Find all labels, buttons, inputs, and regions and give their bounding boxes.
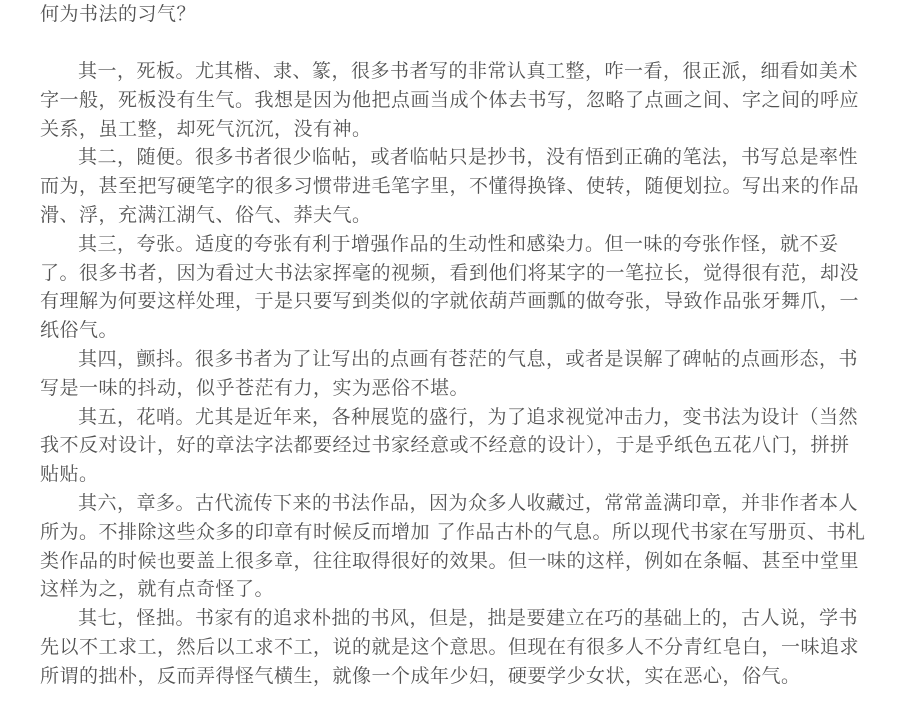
text-line: 了。很多书者，因为看过大书法家挥毫的视频，看到他们将某字的一笔拉长，觉得很有范，… <box>40 259 860 288</box>
paragraph-6: 其六，章多。古代流传下来的书法作品，因为众多人收藏过，常常盖满印章，并非作者本人… <box>40 489 860 604</box>
text-line: 其二，随便。很多书者很少临帖，或者临帖只是抄书，没有悟到正确的笔法，书写总是率性 <box>40 143 860 172</box>
text-line: 先以不工求工，然后以工求不工，说的就是这个意思。但现在有很多人不分青红皂白，一味… <box>40 633 860 662</box>
text-line: 其三，夸张。适度的夸张有利于增强作品的生动性和感染力。但一味的夸张作怪，就不妥 <box>40 230 860 259</box>
text-line: 其五，花哨。尤其是近年来，各种展览的盛行，为了追求视觉冲击力，变书法为设计（当然 <box>40 403 860 432</box>
paragraph-1: 其一，死板。尤其楷、隶、篆，很多书者写的非常认真工整，咋一看，很正派，细看如美术… <box>40 57 860 143</box>
text-line: 有理解为何要这样处理，于是只要写到类似的字就依葫芦画瓢的做夸张，导致作品张牙舞爪… <box>40 287 860 316</box>
text-line: 滑、浮，充满江湖气、俗气、莽夫气。 <box>40 201 860 230</box>
text-line: 其七，怪拙。书家有的追求朴拙的书风，但是，拙是要建立在巧的基础上的，古人说，学书 <box>40 604 860 633</box>
text-line: 字一般，死板没有生气。我想是因为他把点画当成个体去书写，忽略了点画之间、字之间的… <box>40 86 860 115</box>
text-line: 而为，甚至把写硬笔字的很多习惯带进毛笔字里，不懂得换锋、使转，随便划拉。写出来的… <box>40 172 860 201</box>
text-line: 所谓的拙朴，反而弄得怪气横生，就像一个成年少妇，硬要学少女状，实在恶心，俗气。 <box>40 662 860 691</box>
text-line: 其六，章多。古代流传下来的书法作品，因为众多人收藏过，常常盖满印章，并非作者本人 <box>40 489 860 518</box>
text-line: 贴贴。 <box>40 460 860 489</box>
text-line: 关系，虽工整，却死气沉沉，没有神。 <box>40 115 860 144</box>
text-line: 其一，死板。尤其楷、隶、篆，很多书者写的非常认真工整，咋一看，很正派，细看如美术 <box>40 57 860 86</box>
text-line: 这样为之，就有点奇怪了。 <box>40 575 860 604</box>
text-line: 其四，颤抖。很多书者为了让写出的点画有苍茫的气息，或者是误解了碑帖的点画形态，书 <box>40 345 860 374</box>
text-line: 写是一味的抖动，似乎苍茫有力，实为恶俗不堪。 <box>40 374 860 403</box>
article-page: 何为书法的习气？ 其一，死板。尤其楷、隶、篆，很多书者写的非常认真工整，咋一看，… <box>0 0 899 691</box>
paragraph-3: 其三，夸张。适度的夸张有利于增强作品的生动性和感染力。但一味的夸张作怪，就不妥 … <box>40 230 860 345</box>
text-line: 纸俗气。 <box>40 316 860 345</box>
paragraph-4: 其四，颤抖。很多书者为了让写出的点画有苍茫的气息，或者是误解了碑帖的点画形态，书… <box>40 345 860 403</box>
text-line: 所为。不排除这些众多的印章有时候反而增加 了作品古朴的气息。所以现代书家在写册页… <box>40 518 860 547</box>
text-line: 类作品的时候也要盖上很多章，往往取得很好的效果。但一味的这样，例如在条幅、甚至中… <box>40 547 860 576</box>
paragraph-7: 其七，怪拙。书家有的追求朴拙的书风，但是，拙是要建立在巧的基础上的，古人说，学书… <box>40 604 860 690</box>
paragraph-2: 其二，随便。很多书者很少临帖，或者临帖只是抄书，没有悟到正确的笔法，书写总是率性… <box>40 143 860 229</box>
article-title: 何为书法的习气？ <box>40 0 860 29</box>
paragraph-5: 其五，花哨。尤其是近年来，各种展览的盛行，为了追求视觉冲击力，变书法为设计（当然… <box>40 403 860 489</box>
text-line: 我不反对设计，好的章法字法都要经过书家经意或不经意的设计），于是乎纸色五花八门，… <box>40 431 860 460</box>
